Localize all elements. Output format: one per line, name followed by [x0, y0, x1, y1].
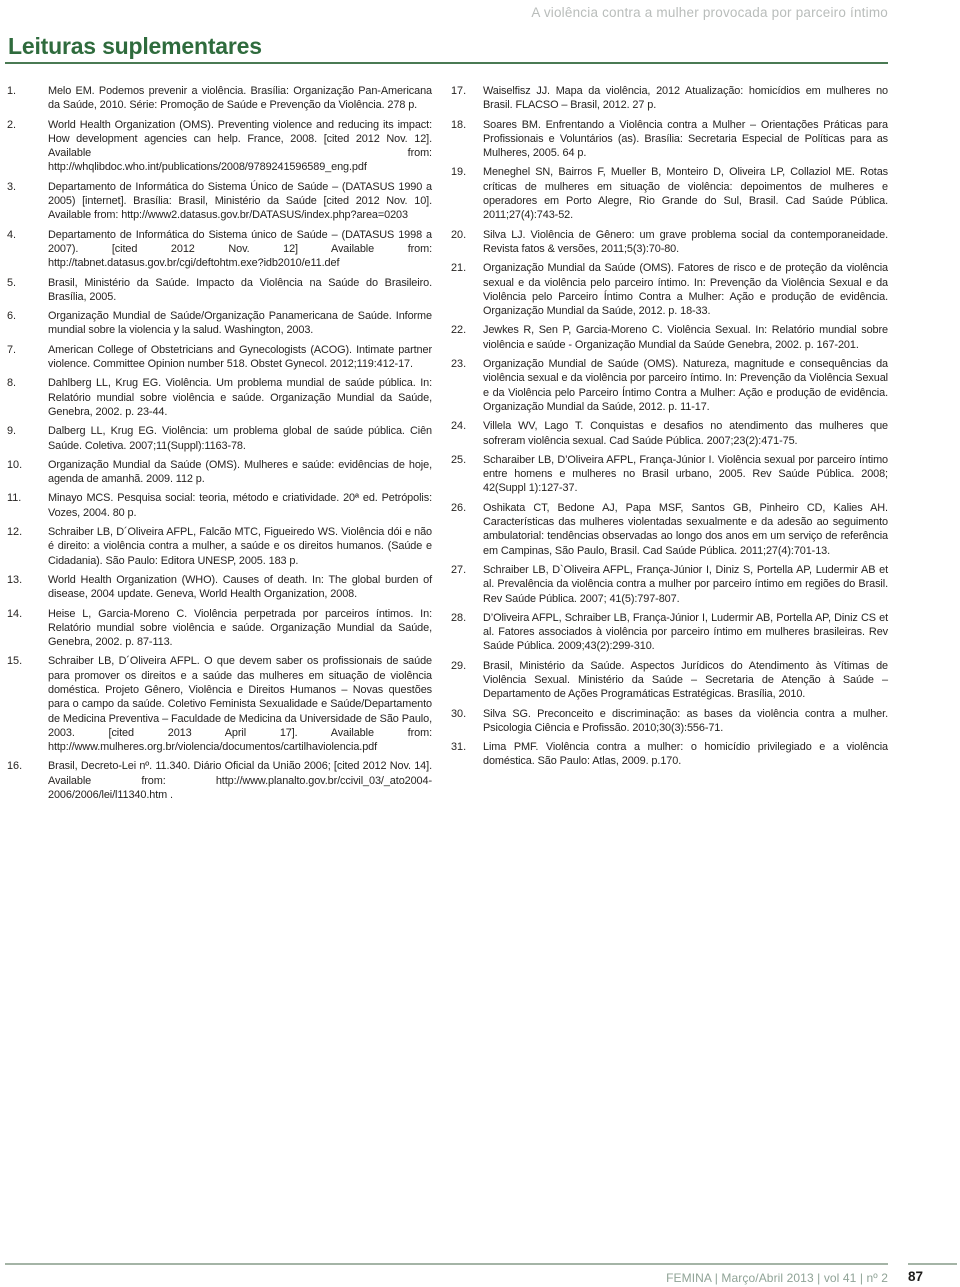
reference-item: 17. Waiselfisz JJ. Mapa da violência, 20…: [451, 84, 888, 113]
reference-number: 28.: [451, 611, 466, 625]
reference-item: 19. Meneghel SN, Bairros F, Mueller B, M…: [451, 165, 888, 222]
reference-number: 19.: [451, 165, 466, 179]
reference-text: Departamento de Informática do Sistema Ú…: [48, 180, 432, 223]
reference-number: 1.: [7, 84, 16, 98]
reference-number: 16.: [7, 759, 22, 773]
reference-item: 12. Schraiber LB, D´Oliveira AFPL, Falcã…: [7, 525, 432, 568]
reference-number: 2.: [7, 118, 16, 132]
reference-text: Meneghel SN, Bairros F, Mueller B, Monte…: [483, 165, 888, 222]
reference-item: 10. Organização Mundial da Saúde (OMS). …: [7, 458, 432, 487]
reference-text: Minayo MCS. Pesquisa social: teoria, mét…: [48, 491, 432, 520]
reference-text: Melo EM. Podemos prevenir a violência. B…: [48, 84, 432, 113]
reference-item: 5. Brasil, Ministério da Saúde. Impacto …: [7, 276, 432, 305]
reference-number: 3.: [7, 180, 16, 194]
reference-number: 31.: [451, 740, 466, 754]
reference-number: 14.: [7, 607, 22, 621]
reference-item: 16. Brasil, Decreto-Lei nº. 11.340. Diár…: [7, 759, 432, 802]
reference-text: Organização Mundial da Saúde (OMS). Mulh…: [48, 458, 432, 487]
reference-text: Villela WV, Lago T. Conquistas e desafio…: [483, 419, 888, 448]
reference-number: 13.: [7, 573, 22, 587]
reference-text: Silva LJ. Violência de Gênero: um grave …: [483, 228, 888, 257]
reference-text: Jewkes R, Sen P, Garcia-Moreno C. Violên…: [483, 323, 888, 352]
footer-pagenumber-rule: [908, 1263, 957, 1265]
reference-item: 7. American College of Obstetricians and…: [7, 343, 432, 372]
reference-number: 27.: [451, 563, 466, 577]
reference-text: World Health Organization (WHO). Causes …: [48, 573, 432, 602]
reference-text: Schraiber LB, D´Oliveira AFPL, Falcão MT…: [48, 525, 432, 568]
reference-item: 1. Melo EM. Podemos prevenir a violência…: [7, 84, 432, 113]
reference-item: 20. Silva LJ. Violência de Gênero: um gr…: [451, 228, 888, 257]
reference-number: 17.: [451, 84, 466, 98]
references-column-right: 17. Waiselfisz JJ. Mapa da violência, 20…: [451, 84, 888, 774]
reference-item: 8. Dahlberg LL, Krug EG. Violência. Um p…: [7, 376, 432, 419]
reference-number: 18.: [451, 118, 466, 132]
reference-text: Schraiber LB, D`Oliveira AFPL, França-Jú…: [483, 563, 888, 606]
reference-number: 7.: [7, 343, 16, 357]
reference-item: 15. Schraiber LB, D´Oliveira AFPL. O que…: [7, 654, 432, 754]
reference-number: 25.: [451, 453, 466, 467]
reference-text: Organização Mundial de Saúde (OMS). Natu…: [483, 357, 888, 414]
reference-text: Oshikata CT, Bedone AJ, Papa MSF, Santos…: [483, 501, 888, 558]
reference-item: 28. D’Oliveira AFPL, Schraiber LB, Franç…: [451, 611, 888, 654]
reference-item: 9. Dalberg LL, Krug EG. Violência: um pr…: [7, 424, 432, 453]
title-divider-rule: [5, 62, 888, 64]
reference-item: 25. Scharaiber LB, D’Oliveira AFPL, Fran…: [451, 453, 888, 496]
reference-number: 26.: [451, 501, 466, 515]
reference-number: 29.: [451, 659, 466, 673]
reference-item: 24. Villela WV, Lago T. Conquistas e des…: [451, 419, 888, 448]
reference-item: 29. Brasil, Ministério da Saúde. Aspecto…: [451, 659, 888, 702]
reference-text: Silva SG. Preconceito e discriminação: a…: [483, 707, 888, 736]
journal-page: A violência contra a mulher provocada po…: [0, 0, 960, 1287]
reference-text: Waiselfisz JJ. Mapa da violência, 2012 A…: [483, 84, 888, 113]
reference-item: 27. Schraiber LB, D`Oliveira AFPL, Franç…: [451, 563, 888, 606]
reference-text: Brasil, Ministério da Saúde. Impacto da …: [48, 276, 432, 305]
reference-text: Dalberg LL, Krug EG. Violência: um probl…: [48, 424, 432, 453]
reference-item: 23. Organização Mundial de Saúde (OMS). …: [451, 357, 888, 414]
reference-number: 22.: [451, 323, 466, 337]
reference-number: 24.: [451, 419, 466, 433]
running-header: A violência contra a mulher provocada po…: [531, 5, 888, 20]
reference-item: 26. Oshikata CT, Bedone AJ, Papa MSF, Sa…: [451, 501, 888, 558]
reference-text: American College of Obstetricians and Gy…: [48, 343, 432, 372]
reference-item: 21. Organização Mundial da Saúde (OMS). …: [451, 261, 888, 318]
reference-text: Scharaiber LB, D’Oliveira AFPL, França-J…: [483, 453, 888, 496]
reference-item: 30. Silva SG. Preconceito e discriminaçã…: [451, 707, 888, 736]
page-title: Leituras suplementares: [8, 33, 262, 60]
reference-number: 15.: [7, 654, 22, 668]
reference-item: 3. Departamento de Informática do Sistem…: [7, 180, 432, 223]
reference-text: Departamento de Informática do Sistema ú…: [48, 228, 432, 271]
reference-item: 18. Soares BM. Enfrentando a Violência c…: [451, 118, 888, 161]
page-number: 87: [908, 1269, 923, 1284]
reference-item: 31. Lima PMF. Violência contra a mulher:…: [451, 740, 888, 769]
reference-number: 23.: [451, 357, 466, 371]
reference-item: 2. World Health Organization (OMS). Prev…: [7, 118, 432, 175]
reference-item: 11. Minayo MCS. Pesquisa social: teoria,…: [7, 491, 432, 520]
reference-number: 12.: [7, 525, 22, 539]
reference-text: Brasil, Decreto-Lei nº. 11.340. Diário O…: [48, 759, 432, 802]
reference-number: 10.: [7, 458, 22, 472]
reference-number: 11.: [7, 491, 21, 505]
reference-text: Lima PMF. Violência contra a mulher: o h…: [483, 740, 888, 769]
reference-number: 20.: [451, 228, 466, 242]
footer-divider-rule: [5, 1263, 888, 1265]
reference-item: 14. Heise L, Garcia-Moreno C. Violência …: [7, 607, 432, 650]
reference-text: Organização Mundial de Saúde/Organização…: [48, 309, 432, 338]
reference-text: World Health Organization (OMS). Prevent…: [48, 118, 432, 175]
reference-item: 22. Jewkes R, Sen P, Garcia-Moreno C. Vi…: [451, 323, 888, 352]
journal-footer-line: FEMINA | Março/Abril 2013 | vol 41 | nº …: [666, 1271, 888, 1285]
reference-number: 6.: [7, 309, 16, 323]
reference-number: 30.: [451, 707, 466, 721]
reference-text: Brasil, Ministério da Saúde. Aspectos Ju…: [483, 659, 888, 702]
reference-number: 5.: [7, 276, 16, 290]
reference-text: Dahlberg LL, Krug EG. Violência. Um prob…: [48, 376, 432, 419]
reference-text: Schraiber LB, D´Oliveira AFPL. O que dev…: [48, 654, 432, 754]
reference-item: 4. Departamento de Informática do Sistem…: [7, 228, 432, 271]
reference-item: 13. World Health Organization (WHO). Cau…: [7, 573, 432, 602]
reference-text: D’Oliveira AFPL, Schraiber LB, França-Jú…: [483, 611, 888, 654]
reference-text: Organização Mundial da Saúde (OMS). Fato…: [483, 261, 888, 318]
references-column-left: 1. Melo EM. Podemos prevenir a violência…: [7, 84, 432, 807]
reference-number: 21.: [451, 261, 466, 275]
reference-text: Soares BM. Enfrentando a Violência contr…: [483, 118, 888, 161]
reference-item: 6. Organização Mundial de Saúde/Organiza…: [7, 309, 432, 338]
reference-number: 9.: [7, 424, 16, 438]
reference-number: 8.: [7, 376, 16, 390]
reference-text: Heise L, Garcia-Moreno C. Violência perp…: [48, 607, 432, 650]
reference-number: 4.: [7, 228, 16, 242]
